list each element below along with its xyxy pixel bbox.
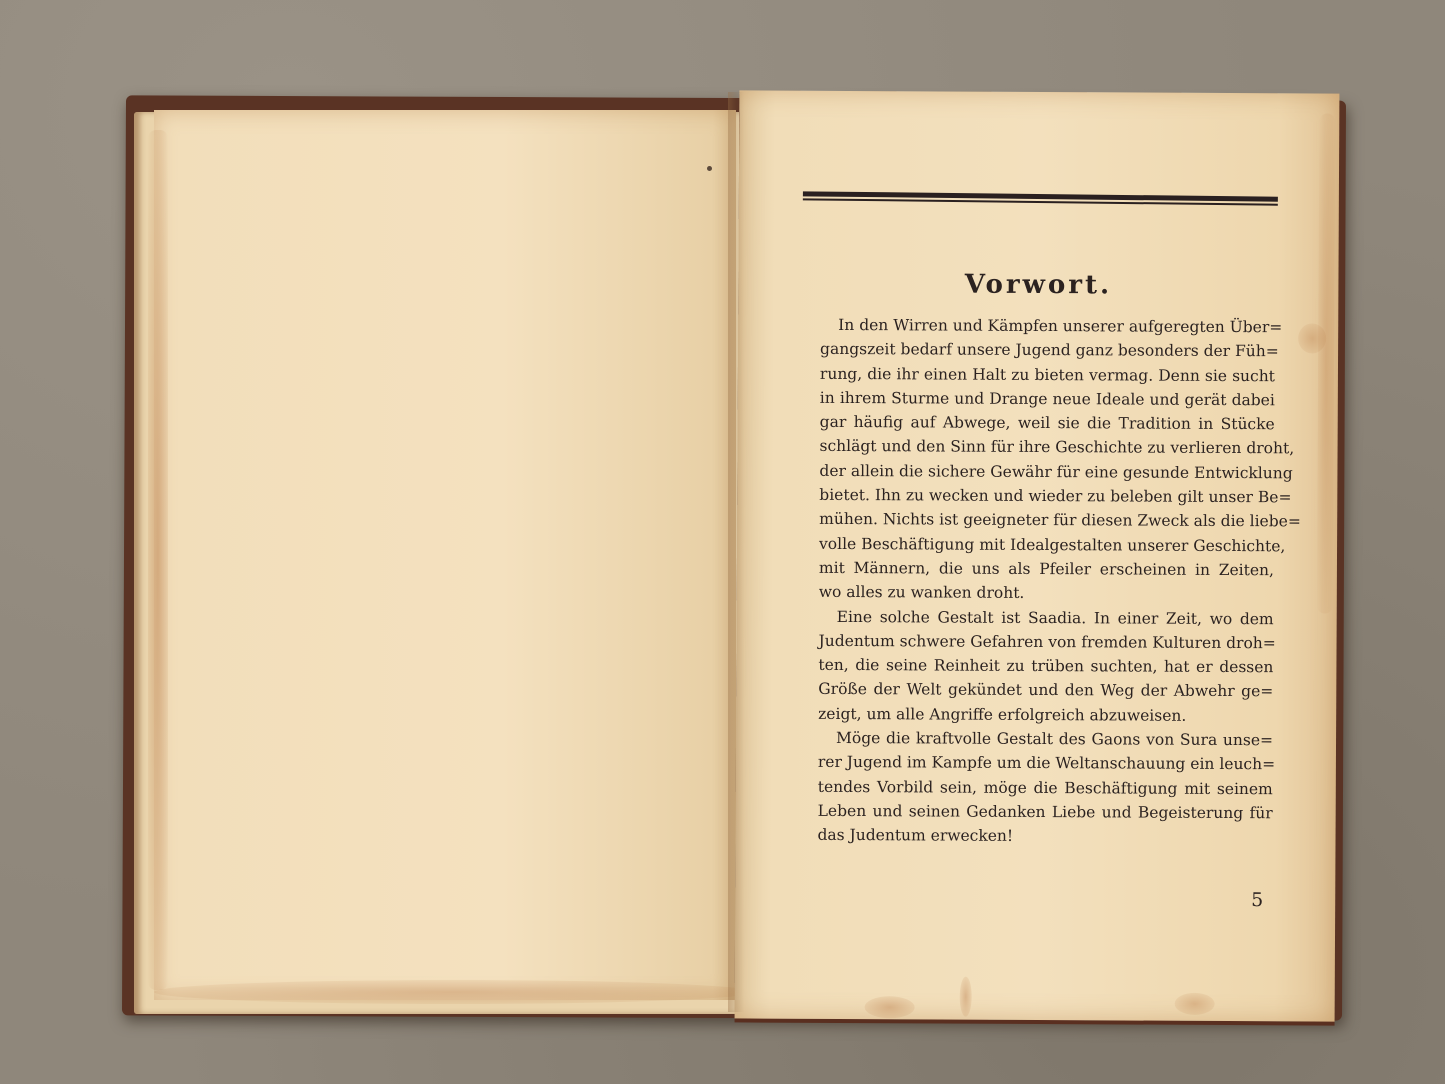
- text-line: volle Beschäftigung mit Idealgestalten u…: [819, 532, 1274, 559]
- text-line: in ihrem Sturme und Drange neue Ideale u…: [820, 386, 1275, 413]
- text-line: mit Männern, die uns als Pfeiler erschei…: [819, 556, 1274, 583]
- foxing-stain: [865, 996, 915, 1018]
- bleed-through-text: [264, 480, 604, 514]
- right-page: Vorwort. In den Wirren und Kämpfen unser…: [735, 90, 1340, 1021]
- text-line: ten, die seine Reinheit zu trüben suchte…: [818, 653, 1273, 680]
- text-line: rung, die ihr einen Halt zu bieten verma…: [820, 361, 1275, 388]
- text-line: das Judentum erwecken!: [817, 823, 1272, 850]
- foxing-stain: [1317, 113, 1336, 613]
- paragraph-2: Eine solche Gestalt ist Saadia. In einer…: [818, 604, 1274, 728]
- text-line: Leben und seinen Gedanken Liebe und Bege…: [818, 799, 1273, 826]
- page-number: 5: [1251, 889, 1263, 911]
- text-line: Eine solche Gestalt ist Saadia. In einer…: [819, 604, 1274, 631]
- text-line: wo alles zu wanken droht.: [819, 580, 1274, 607]
- text-line: bietet. Ihn zu wecken und wieder zu bele…: [819, 483, 1274, 510]
- ink-speck: [707, 166, 712, 171]
- page-title: Vorwort.: [738, 268, 1338, 301]
- text-line: rer Jugend im Kampfe um die Weltanschauu…: [818, 750, 1273, 777]
- book-gutter: [728, 92, 744, 1012]
- text-line: tendes Vorbild sein, möge die Beschäftig…: [818, 774, 1273, 801]
- foxing-stain: [1175, 993, 1215, 1015]
- text-line: schlägt und den Sinn für ihre Geschichte…: [820, 434, 1275, 461]
- text-line: In den Wirren und Kämpfen unserer aufger…: [820, 313, 1275, 340]
- left-page: [154, 110, 736, 1000]
- text-line: der allein die sichere Gewähr für eine g…: [819, 459, 1274, 486]
- text-line: gangszeit bedarf unsere Jugend ganz beso…: [820, 337, 1275, 364]
- text-line: Judentum schwere Gefahren von fremden Ku…: [818, 629, 1273, 656]
- text-line: gar häufig auf Abwege, weil sie die Trad…: [820, 410, 1275, 437]
- foxing-stain: [148, 130, 168, 990]
- paragraph-3: Möge die kraftvolle Gestalt des Gaons vo…: [817, 726, 1273, 850]
- text-line: zeigt, um alle Angriffe erfolgreich abzu…: [818, 702, 1273, 729]
- foxing-stain: [960, 977, 972, 1017]
- foxing-stain: [154, 980, 754, 1004]
- text-line: Größe der Welt gekündet und den Weg der …: [818, 677, 1273, 704]
- text-line: mühen. Nichts ist geeigneter für diesen …: [819, 507, 1274, 534]
- header-double-rule: [803, 191, 1278, 205]
- paragraph-1: In den Wirren und Kämpfen unserer aufger…: [819, 313, 1276, 607]
- foreword-body: In den Wirren und Kämpfen unserer aufger…: [817, 313, 1275, 850]
- text-line: Möge die kraftvolle Gestalt des Gaons vo…: [818, 726, 1273, 753]
